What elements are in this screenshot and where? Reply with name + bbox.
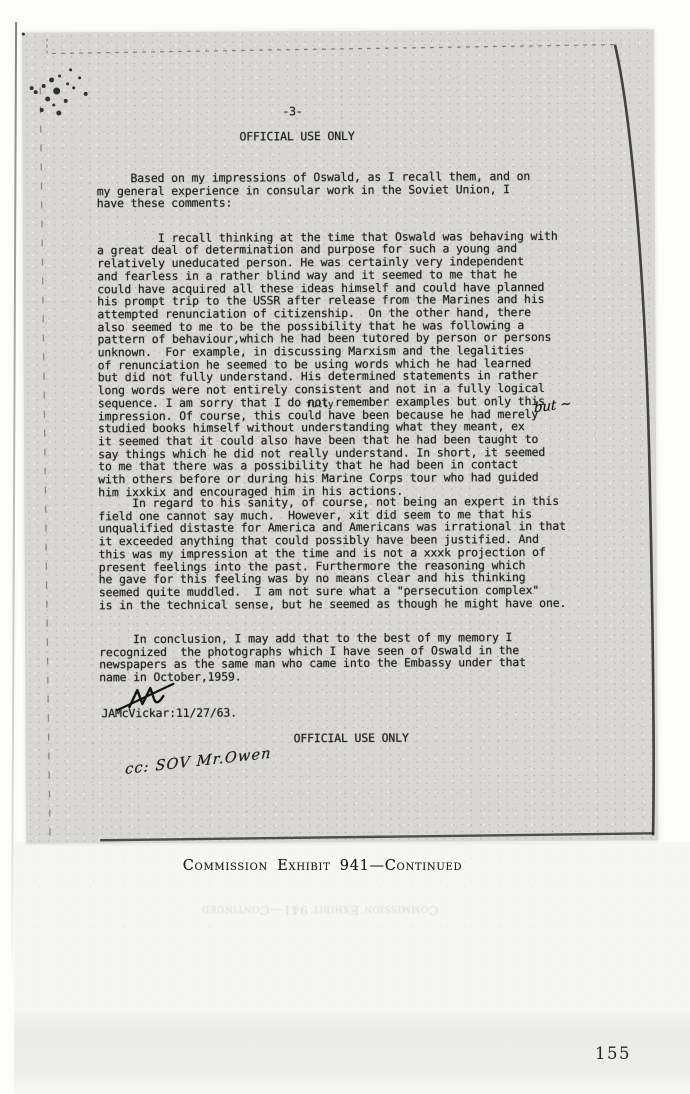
page-number: 155 [595,1044,631,1063]
classification-footer: OFFICIAL USE ONLY [294,732,409,745]
paragraph-4: In conclusion, I may add that to the bes… [99,631,526,684]
paragraph-2: I recall thinking at the time that Oswal… [97,216,690,537]
handwritten-correction: but ~ [534,397,571,415]
paragraph-3: In regard to his sanity, of course, not … [98,495,566,612]
document-scan: -3- OFFICIAL USE ONLY Based on my impres… [22,29,658,843]
page-marker: -3- [282,105,302,118]
bleed-through-text: Commission Exhibit 941—Continued [170,903,470,918]
paragraph-1: Based on my impressions of Oswald, as I … [97,170,531,210]
exhibit-caption: Commission Exhibit 941—Continued [0,858,645,874]
inserted-word: fully [306,399,334,412]
bottom-shade-band [14,1012,690,1090]
classification-header: OFFICIAL USE ONLY [239,130,354,143]
paragraph-2-text: I recall thinking at the time that Oswal… [97,229,558,499]
signoff-line: JAMcVickar:11/27/63. [101,707,237,720]
page-edge-line [11,22,17,982]
ink-splatter [22,33,25,36]
